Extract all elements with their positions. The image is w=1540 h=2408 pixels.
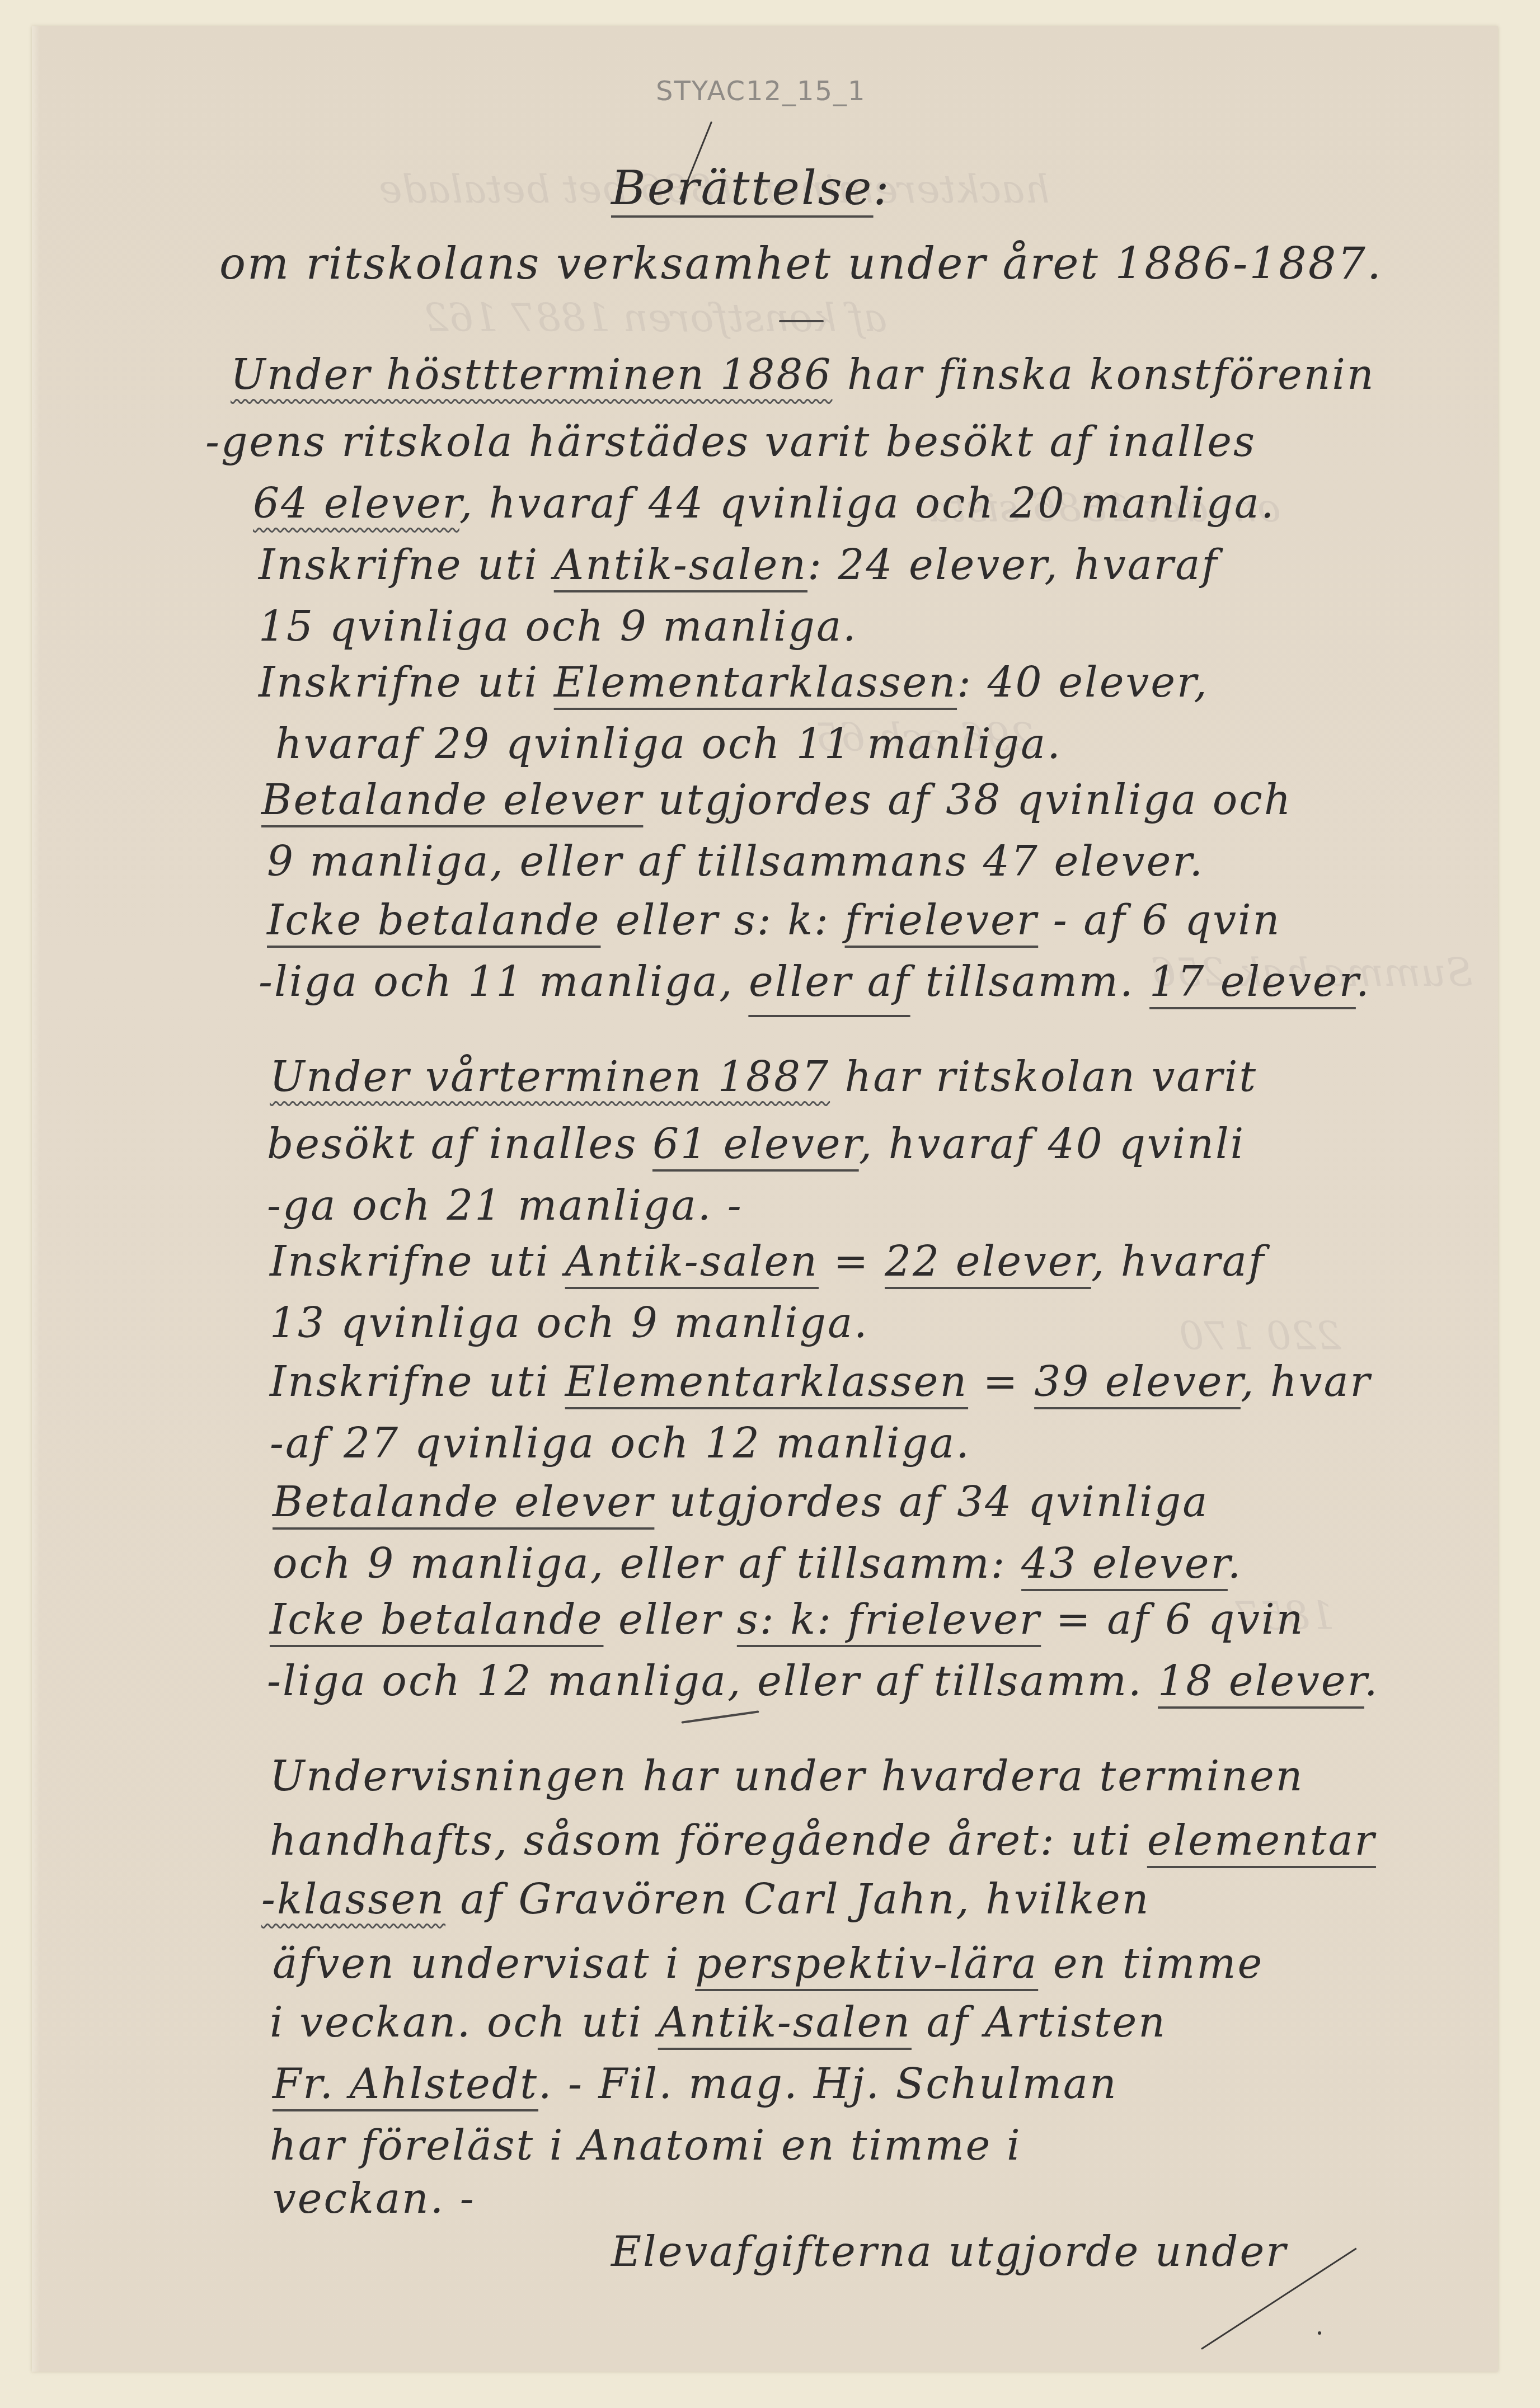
text-line: Inskrifne uti Antik-salen = 22 elever, h…: [270, 1238, 1265, 1286]
text-line: 15 qvinliga och 9 manliga.: [259, 603, 858, 651]
text-line: i veckan. och uti Antik-salen af Artiste…: [270, 1998, 1167, 2047]
text-line: Inskrifne uti Antik-salen: 24 elever, hv…: [259, 541, 1219, 589]
text-line: har föreläst i Anatomi en timme i: [270, 2122, 1022, 2170]
section-divider: [748, 1015, 910, 1017]
text-line: Under vårterminen 1887 har ritskolan var…: [270, 1053, 1257, 1101]
text-line: äfven undervisat i perspektiv-lära en ti…: [273, 1940, 1264, 1988]
manuscript-page: hacktereminen 1886 bet betalade af konst…: [32, 26, 1498, 2372]
ink-dot: [1318, 2331, 1321, 2335]
text-line: 13 qvinliga och 9 manliga.: [270, 1299, 869, 1347]
text-line: Under hösttterminen 1886 har finska kons…: [231, 351, 1375, 399]
text-line: handhafts, såsom föregående året: uti el…: [270, 1817, 1376, 1865]
fees-line: Elevafgifterna utgjorde under: [611, 2228, 1288, 2276]
text-line: Icke betalande eller s: k: frielever - a…: [267, 896, 1281, 944]
bleed-through-text: af konstforen 1887 162: [424, 295, 887, 341]
text-line: Betalande elever utgjordes af 34 qvinlig…: [273, 1478, 1209, 1526]
archive-reference-mark: STYAC12_15_1: [656, 76, 866, 107]
section-divider: [681, 1710, 759, 1723]
text-line: Undervisningen har under hvardera termin…: [270, 1752, 1304, 1800]
page-subtitle: om ritskolans verksamhet under året 1886…: [219, 239, 1383, 289]
bleed-through-text: 220 170: [1179, 1313, 1341, 1359]
text-line: och 9 manliga, eller af tillsamm: 43 ele…: [273, 1540, 1242, 1588]
text-line: Inskrifne uti Elementarklassen = 39 elev…: [270, 1358, 1372, 1406]
text-line: -ga och 21 manliga. -: [267, 1182, 743, 1230]
text-line: Betalande elever utgjordes af 38 qvinlig…: [261, 776, 1292, 824]
text-line: veckan. -: [273, 2175, 476, 2223]
text-line: -liga och 12 manliga, eller af tillsamm.…: [267, 1657, 1379, 1705]
text-line: 64 elever, hvaraf 44 qvinliga och 20 man…: [253, 479, 1276, 528]
divider: [779, 320, 824, 322]
text-line: -klassen af Gravören Carl Jahn, hvilken: [261, 1875, 1150, 1923]
text-line: Inskrifne uti Elementarklassen: 40 eleve…: [259, 659, 1209, 707]
text-line: hvaraf 29 qvinliga och 11 manliga.: [275, 720, 1062, 768]
page-title: Berättelse:: [611, 161, 891, 215]
text-line: -af 27 qvinliga och 12 manliga.: [270, 1419, 971, 1468]
text-line: Icke betalande eller s: k: frielever = a…: [270, 1596, 1304, 1644]
text-line: -gens ritskola härstädes varit besökt af…: [205, 418, 1256, 466]
text-line: Fr. Ahlstedt. - Fil. mag. Hj. Schulman: [273, 2060, 1118, 2108]
text-line: -liga och 11 manliga, eller af tillsamm.…: [259, 958, 1370, 1006]
text-line: 9 manliga, eller af tillsammans 47 eleve…: [267, 838, 1204, 886]
text-line: besökt af inalles 61 elever, hvaraf 40 q…: [267, 1120, 1245, 1168]
